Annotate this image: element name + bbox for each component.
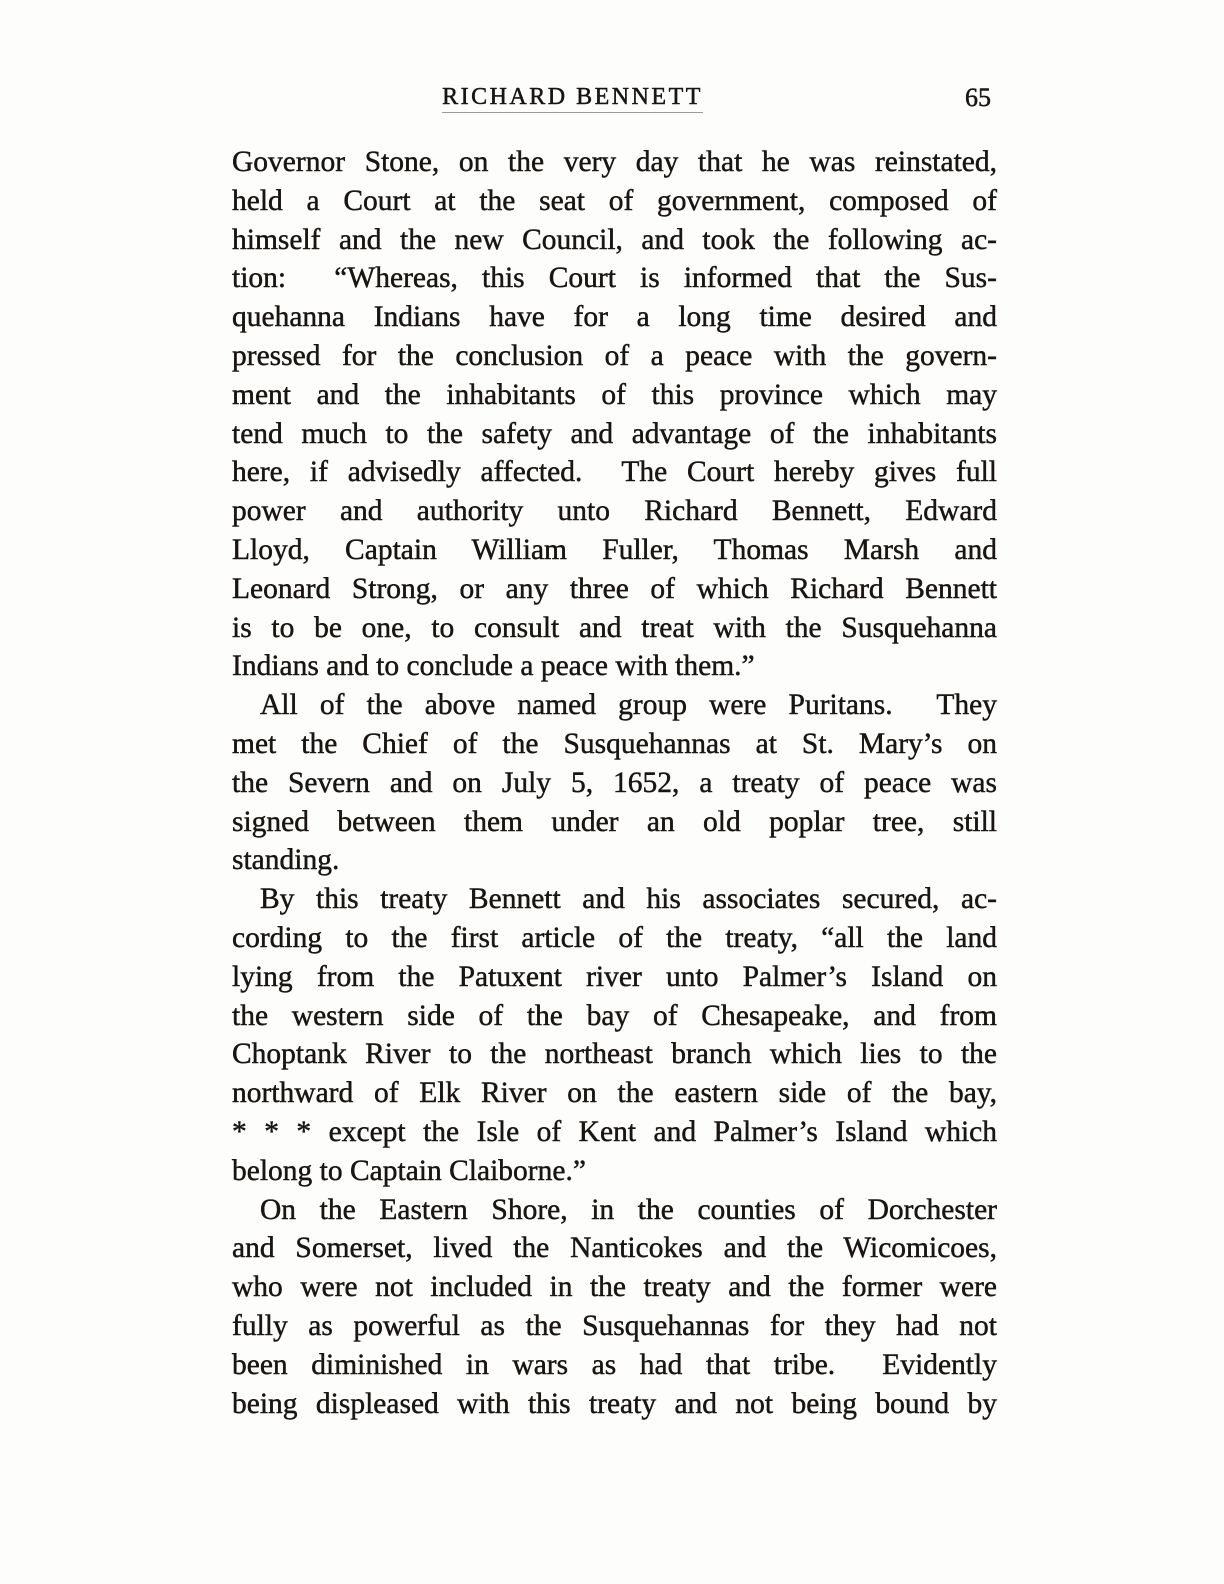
book-page: RICHARD BENNETT 65 Governor Stone, on th… <box>0 0 1224 1584</box>
text-line: the Severn and on July 5, 1652, a treaty… <box>232 764 997 803</box>
text-line: fully as powerful as the Susquehannas fo… <box>232 1307 997 1346</box>
text-line: Lloyd, Captain William Fuller, Thomas Ma… <box>232 531 997 570</box>
text-line: power and authority unto Richard Bennett… <box>232 492 997 531</box>
text-line-content: On the Eastern Shore, in the counties of… <box>260 1194 997 1226</box>
text-line-content: the western side of the bay of Chesapeak… <box>232 1000 997 1032</box>
text-line: On the Eastern Shore, in the counties of… <box>232 1191 997 1230</box>
text-line: held a Court at the seat of government, … <box>232 182 997 221</box>
text-line: signed between them under an old poplar … <box>232 803 997 842</box>
text-line-content: All of the above named group were Purita… <box>260 689 997 721</box>
text-line: quehanna Indians have for a long time de… <box>232 298 997 337</box>
text-line-content: tend much to the safety and advantage of… <box>232 418 997 450</box>
text-line-content: cording to the first article of the trea… <box>232 922 997 954</box>
text-line: lying from the Patuxent river unto Palme… <box>232 958 997 997</box>
text-line: Choptank River to the northeast branch w… <box>232 1035 997 1074</box>
text-line-content: met the Chief of the Susquehannas at St.… <box>232 728 997 760</box>
text-line: and Somerset, lived the Nanticokes and t… <box>232 1229 997 1268</box>
text-line-content: held a Court at the seat of government, … <box>232 185 997 217</box>
running-title: RICHARD BENNETT <box>232 84 997 111</box>
text-line-content: Leonard Strong, or any three of which Ri… <box>232 573 997 605</box>
running-title-text: RICHARD BENNETT <box>442 84 703 113</box>
text-line: Leonard Strong, or any three of which Ri… <box>232 570 997 609</box>
text-line-content: Governor Stone, on the very day that he … <box>232 146 997 178</box>
text-line-content: being displeased with this treaty and no… <box>232 1388 997 1420</box>
text-line-content: lying from the Patuxent river unto Palme… <box>232 961 997 993</box>
text-line: All of the above named group were Purita… <box>232 686 997 725</box>
text-line: * * * except the Isle of Kent and Palmer… <box>232 1113 997 1152</box>
text-line: being displeased with this treaty and no… <box>232 1385 997 1424</box>
text-line-content: the Severn and on July 5, 1652, a treaty… <box>232 767 997 799</box>
text-line-content: and Somerset, lived the Nanticokes and t… <box>232 1232 997 1264</box>
text-line-content: ment and the inhabitants of this provinc… <box>232 379 997 411</box>
text-line: is to be one, to consult and treat with … <box>232 609 997 648</box>
text-line-content: Lloyd, Captain William Fuller, Thomas Ma… <box>232 534 997 566</box>
text-line: cording to the first article of the trea… <box>232 919 997 958</box>
text-line-content: * * * except the Isle of Kent and Palmer… <box>232 1116 997 1148</box>
text-line: been diminished in wars as had that trib… <box>232 1346 997 1385</box>
text-line: who were not included in the treaty and … <box>232 1268 997 1307</box>
text-line-content: been diminished in wars as had that trib… <box>232 1349 997 1381</box>
text-line-content: quehanna Indians have for a long time de… <box>232 301 997 333</box>
body-text: Governor Stone, on the very day that he … <box>232 143 997 1423</box>
text-line-content: tion: “Whereas, this Court is informed t… <box>232 262 997 294</box>
text-line-content: pressed for the conclusion of a peace wi… <box>232 340 997 372</box>
text-line-content: who were not included in the treaty and … <box>232 1271 997 1303</box>
text-line-content: himself and the new Council, and took th… <box>232 224 997 256</box>
text-line: ment and the inhabitants of this provinc… <box>232 376 997 415</box>
text-line-content: here, if advisedly affected. The Court h… <box>232 456 997 488</box>
text-line: tend much to the safety and advantage of… <box>232 415 997 454</box>
text-line-content: Indians and to conclude a peace with the… <box>232 650 755 682</box>
text-line-content: fully as powerful as the Susquehannas fo… <box>232 1310 997 1342</box>
text-line: the western side of the bay of Chesapeak… <box>232 997 997 1036</box>
text-line-content: signed between them under an old poplar … <box>232 806 997 838</box>
text-line: pressed for the conclusion of a peace wi… <box>232 337 997 376</box>
text-line: Indians and to conclude a peace with the… <box>232 647 997 686</box>
text-line: standing. <box>232 841 997 880</box>
text-line: himself and the new Council, and took th… <box>232 221 997 260</box>
text-line: belong to Captain Claiborne.” <box>232 1152 997 1191</box>
text-line: here, if advisedly affected. The Court h… <box>232 453 997 492</box>
page-header: RICHARD BENNETT 65 <box>232 84 997 118</box>
text-line: By this treaty Bennett and his associate… <box>232 880 997 919</box>
text-line-content: standing. <box>232 844 339 876</box>
text-line: met the Chief of the Susquehannas at St.… <box>232 725 997 764</box>
text-line: tion: “Whereas, this Court is informed t… <box>232 259 997 298</box>
page-number: 65 <box>965 83 991 113</box>
text-line: Governor Stone, on the very day that he … <box>232 143 997 182</box>
text-line-content: By this treaty Bennett and his associate… <box>260 883 997 915</box>
text-line-content: power and authority unto Richard Bennett… <box>232 495 997 527</box>
text-line-content: is to be one, to consult and treat with … <box>232 612 997 644</box>
text-line: northward of Elk River on the eastern si… <box>232 1074 997 1113</box>
text-line-content: Choptank River to the northeast branch w… <box>232 1038 997 1070</box>
text-line-content: northward of Elk River on the eastern si… <box>232 1077 997 1109</box>
text-line-content: belong to Captain Claiborne.” <box>232 1155 586 1187</box>
